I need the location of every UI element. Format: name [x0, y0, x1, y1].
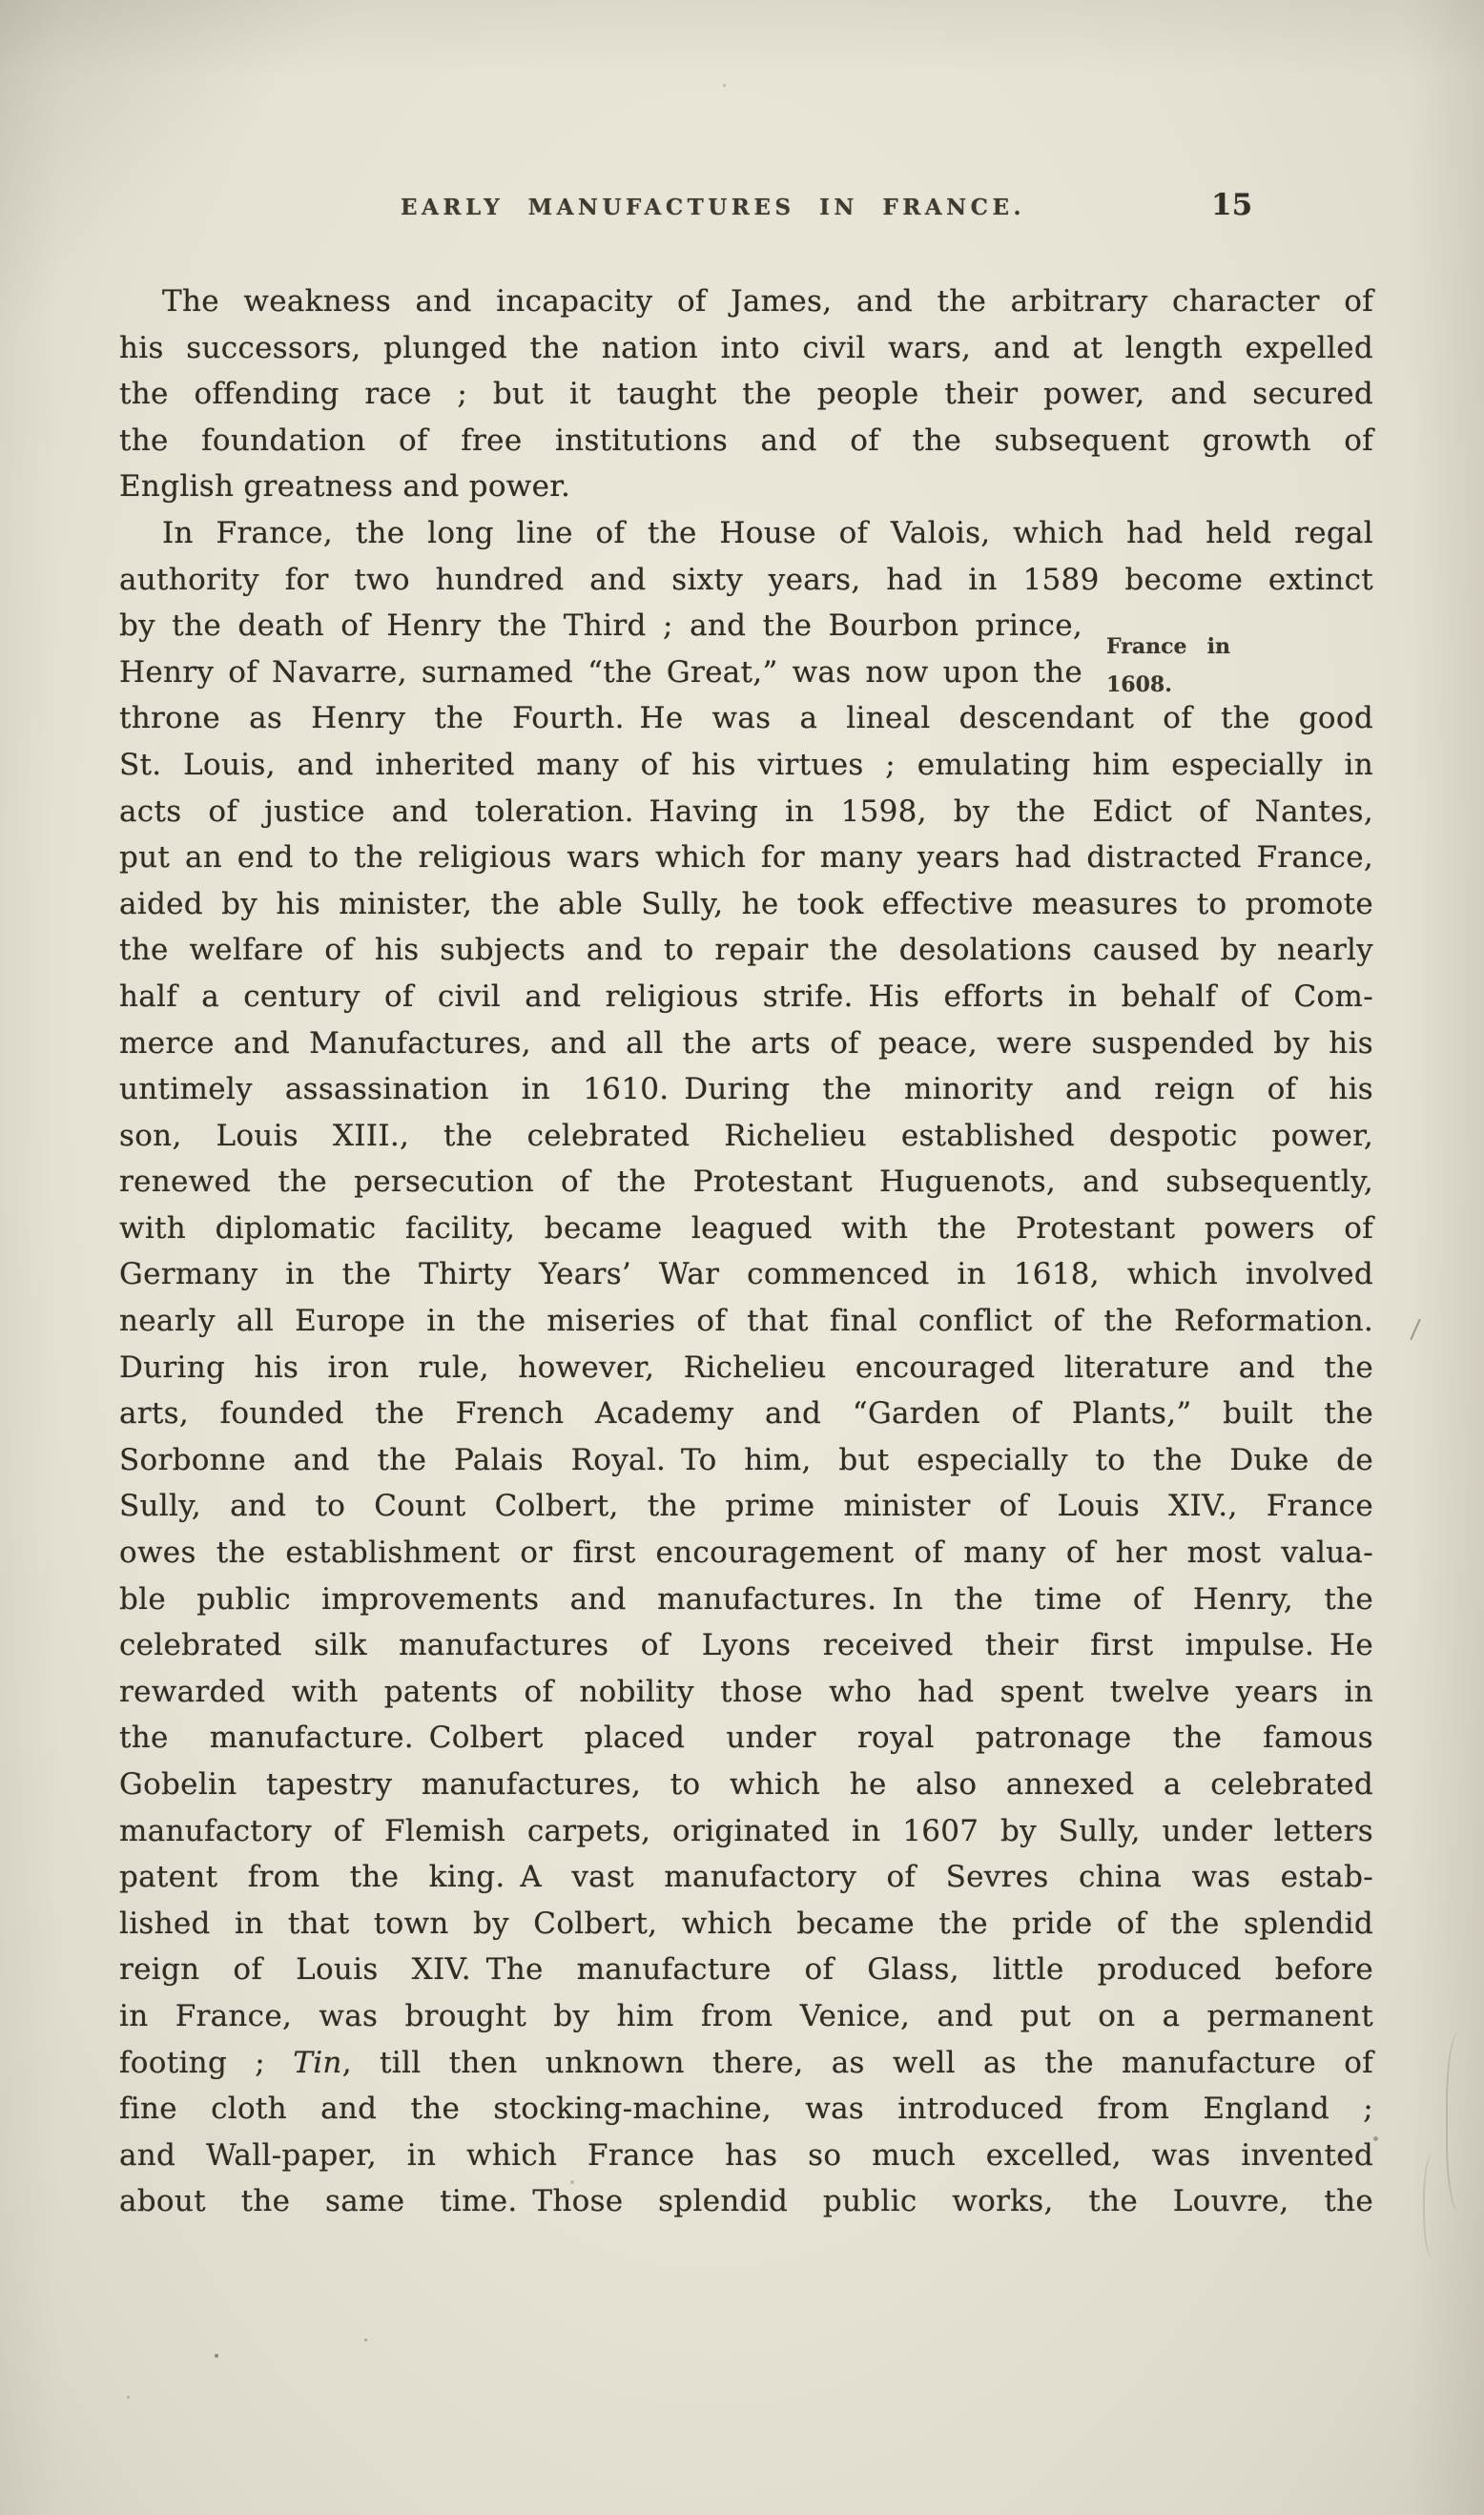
text-line: patent from the king. A vast manufactory…: [119, 1854, 1373, 1901]
text-line: footing ; Tin, till then unknown there, …: [119, 2040, 1373, 2087]
text-line: put an end to the religious wars which f…: [119, 835, 1373, 881]
text-line: merce and Manufactures, and all the arts…: [119, 1020, 1373, 1067]
sidenote-text: France in: [1106, 628, 1230, 666]
text-line: the welfare of his subjects and to repai…: [119, 927, 1373, 974]
text-lines-container: The weakness and incapacity of James, an…: [119, 278, 1373, 2225]
page-curl-mark: [1446, 2031, 1473, 2213]
text-line: St. Louis, and inherited many of his vir…: [119, 742, 1373, 789]
text-line: Germany in the Thirty Years’ War commenc…: [119, 1251, 1373, 1298]
text-line: manufactory of Flemish carpets, originat…: [119, 1808, 1373, 1855]
page-curl-mark: [1423, 2154, 1442, 2258]
text-line: and Wall-paper, in which France has so m…: [119, 2133, 1373, 2179]
paper-speck: [570, 2180, 574, 2184]
text-line: son, Louis XIII., the celebrated Richeli…: [119, 1113, 1373, 1160]
text-line: untimely assassination in 1610. During t…: [119, 1066, 1373, 1113]
text-line: renewed the persecution of the Protestan…: [119, 1159, 1373, 1206]
paper-speck: [127, 2396, 130, 2399]
text-line: The weakness and incapacity of James, an…: [119, 278, 1373, 325]
text-line: the offending race ; but it taught the p…: [119, 371, 1373, 418]
text-line: the manufacture. Colbert placed under ro…: [119, 1715, 1373, 1762]
text-line: in France, was brought by him from Venic…: [119, 1993, 1373, 2040]
paper-speck: [723, 84, 726, 87]
text-line: During his iron rule, however, Richelieu…: [119, 1345, 1373, 1391]
paper-speck: [215, 2354, 218, 2358]
text-line: celebrated silk manufactures of Lyons re…: [119, 1622, 1373, 1669]
text-line: lished in that town by Colbert, which be…: [119, 1901, 1373, 1948]
text-line: English greatness and power.: [119, 464, 1373, 510]
text-line: half a century of civil and religious st…: [119, 974, 1373, 1020]
paper-scratch: [1410, 1319, 1421, 1341]
paper-speck: [364, 2339, 367, 2341]
text-line: arts, founded the French Academy and “Ga…: [119, 1391, 1373, 1437]
sidenote-year: 1608.: [1106, 666, 1230, 704]
book-page: EARLY MANUFACTURES IN FRANCE. 15 The wea…: [0, 0, 1484, 2515]
body-text: The weakness and incapacity of James, an…: [119, 278, 1373, 2225]
running-head-title: EARLY MANUFACTURES IN FRANCE.: [401, 195, 1025, 220]
text-line: about the same time. Those splendid publ…: [119, 2178, 1373, 2225]
text-line: fine cloth and the stocking-machine, was…: [119, 2086, 1373, 2133]
text-line: ble public improvements and manufactures…: [119, 1577, 1373, 1623]
paper-speck: [1373, 2136, 1378, 2141]
page-number: 15: [1211, 188, 1252, 222]
text-line: the foundation of free institutions and …: [119, 418, 1373, 464]
text-line: Gobelin tapestry manufactures, to which …: [119, 1762, 1373, 1808]
margin-sidenote: France in 1608.: [1106, 628, 1230, 704]
text-line: reign of Louis XIV. The manufacture of G…: [119, 1947, 1373, 1993]
text-line: owes the establishment or first encourag…: [119, 1530, 1373, 1577]
text-line: In France, the long line of the House of…: [119, 510, 1373, 557]
text-line: Sorbonne and the Palais Royal. To him, b…: [119, 1437, 1373, 1484]
text-line: with diplomatic facility, became leagued…: [119, 1206, 1373, 1252]
text-line: nearly all Europe in the miseries of tha…: [119, 1298, 1373, 1345]
text-line: authority for two hundred and sixty year…: [119, 557, 1373, 604]
text-line: rewarded with patents of nobility those …: [119, 1669, 1373, 1716]
text-line: his successors, plunged the nation into …: [119, 325, 1373, 372]
text-line: acts of justice and toleration. Having i…: [119, 789, 1373, 835]
text-line: aided by his minister, the able Sully, h…: [119, 881, 1373, 928]
text-line: Sully, and to Count Colbert, the prime m…: [119, 1483, 1373, 1530]
